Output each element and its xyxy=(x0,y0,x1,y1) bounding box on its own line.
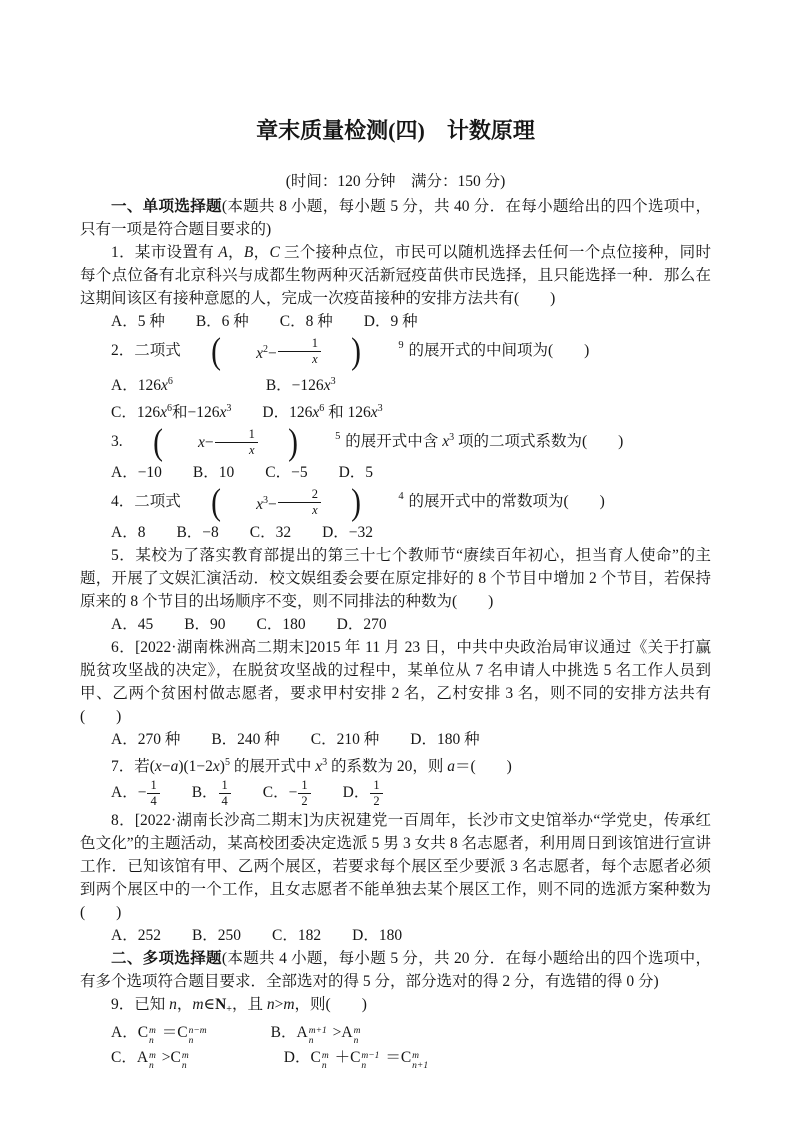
math-subsup: mn+1 xyxy=(412,1051,428,1072)
math-subsup: mn xyxy=(182,1051,189,1072)
text-run: C．− xyxy=(232,784,298,801)
math-subsup: mn xyxy=(149,1051,156,1072)
math-variable: x xyxy=(256,496,263,513)
text-run: ＝C xyxy=(381,1049,411,1066)
text-run: 的展开式中 xyxy=(230,758,315,775)
paren-exponent: 9 xyxy=(367,334,403,357)
math-variable: x xyxy=(155,758,162,775)
text-run: B．A xyxy=(209,1024,308,1041)
math-sequence: x3− xyxy=(225,489,277,516)
text-run: − xyxy=(205,434,214,451)
math-fraction: 12 xyxy=(370,778,382,809)
text-run: )(1−2 xyxy=(178,758,213,775)
math-subsup: mn xyxy=(149,1026,156,1047)
math-subsup: mn xyxy=(322,1051,329,1072)
text-run: 6．[2022·湖南株洲高二期末]2015 年 11 月 23 日，中共中央政治… xyxy=(80,639,711,725)
math-sequence: x− xyxy=(167,431,214,454)
text-run: >A xyxy=(329,1024,353,1041)
section-1-header: 一、单项选择题(本题共 8 小题，每小题 5 分，共 40 分．在每小题给出的四… xyxy=(80,195,711,241)
text-run: 的展开式中的常数项为( ) xyxy=(405,493,605,510)
options-7: A．−14 B．14 C．−12 D．12 xyxy=(80,778,711,809)
math-variable: n xyxy=(169,996,177,1013)
text-run: A．− xyxy=(111,784,146,801)
page-title: 章末质量检测(四) 计数原理 xyxy=(80,116,711,146)
text-run: − xyxy=(268,496,277,513)
text-run: A．45 B．90 C．180 D．270 xyxy=(111,616,387,633)
text-run: A．C xyxy=(111,1024,148,1041)
text-run: ，且 xyxy=(232,996,267,1013)
math-fraction: 1x xyxy=(278,336,321,367)
math-subsup: n−mn xyxy=(189,1026,207,1047)
text-run: 3. xyxy=(111,433,123,450)
text-run: ＋C xyxy=(331,1049,361,1066)
question-8: 8．[2022·湖南长沙高二期末]为庆祝建党一百周年，长沙市文史馆举办“学党史，… xyxy=(80,809,711,924)
big-paren-open: ( xyxy=(186,333,221,370)
math-subsup: m−1n xyxy=(361,1051,379,1072)
section-2-header: 二、多项选择题(本题共 4 小题，每小题 5 分，共 20 分．在每小题给出的四… xyxy=(80,947,711,993)
text-run: B．−126 xyxy=(173,377,324,394)
text-run: ， xyxy=(253,244,269,261)
text-run: ， xyxy=(228,244,244,261)
big-paren-close: ) xyxy=(263,424,298,461)
text-run: 8．[2022·湖南长沙高二期末]为庆祝建党一百周年，长沙市文史馆举办“学党史，… xyxy=(80,812,711,921)
math-variable: x xyxy=(161,377,168,394)
text-run: − xyxy=(268,345,277,362)
options-9-row-1: A．Cmn ＝Cn−mn B．Am+1n >Amn xyxy=(80,1021,711,1046)
text-run: 9．已知 xyxy=(111,996,169,1013)
question-3: 3.(x−1x)5 的展开式中含 x3 项的二项式系数为( ) xyxy=(80,424,711,461)
math-fraction: 12 xyxy=(298,778,310,809)
math-subsup: mn xyxy=(354,1026,361,1047)
text-run: C．126 xyxy=(111,404,160,421)
text-run: 和−126 xyxy=(172,404,220,421)
big-paren-open: ( xyxy=(186,484,221,521)
text-run: 7．若( xyxy=(111,758,155,775)
math-variable: x xyxy=(213,758,220,775)
options-4: A．8 B．−8 C．32 D．−32 xyxy=(80,521,711,544)
question-1: 1．某市设置有 A，B，C 三个接种点位，市民可以随机选择去任何一个点位接种，同… xyxy=(80,241,711,310)
math-subsup: m+1n xyxy=(309,1026,327,1047)
document-page: 章末质量检测(四) 计数原理 (时间：120 分钟 满分：150 分) 一、单项… xyxy=(0,0,793,1122)
text-run: D．126 xyxy=(231,404,312,421)
text-run: ， xyxy=(177,996,193,1013)
options-9-row-2: C．Amn >Cmn D．Cmn ＋Cm−1n ＝Cmn+1 xyxy=(80,1046,711,1071)
text-run: 2．二项式 xyxy=(111,342,181,359)
text-run: A．−10 B．10 C．−5 D．5 xyxy=(111,464,373,481)
math-variable: a xyxy=(447,758,455,775)
question-6: 6．[2022·湖南株洲高二期末]2015 年 11 月 23 日，中共中央政治… xyxy=(80,636,711,728)
text-run: A．8 B．−8 C．32 D．−32 xyxy=(111,524,373,541)
text-run: A．270 种 B．240 种 C．210 种 D．180 种 xyxy=(111,731,480,748)
paren-exponent: 5 xyxy=(304,425,340,448)
text-run: B． xyxy=(161,784,218,801)
bold-text-run: N xyxy=(215,996,226,1013)
math-variable: x xyxy=(256,345,263,362)
text-run: 项的二项式系数为( ) xyxy=(454,433,623,450)
text-run: C．A xyxy=(111,1049,148,1066)
text-run: 4．二项式 xyxy=(111,493,181,510)
superscript: 3 xyxy=(331,376,336,387)
text-run: 的系数为 20，则 xyxy=(327,758,447,775)
text-run: A．252 B．250 C．182 D．180 xyxy=(111,927,402,944)
document-body: 一、单项选择题(本题共 8 小题，每小题 5 分，共 40 分．在每小题给出的四… xyxy=(80,195,711,1072)
math-variable: x xyxy=(324,377,331,394)
text-run: − xyxy=(162,758,171,775)
math-expression: (x3−2x)4 xyxy=(182,484,404,521)
math-variable: x xyxy=(371,404,378,421)
big-paren-open: ( xyxy=(128,424,163,461)
big-paren-close: ) xyxy=(326,333,361,370)
options-3: A．−10 B．10 C．−5 D．5 xyxy=(80,461,711,484)
question-5: 5．某校为了落实教育部提出的第三十七个教师节“赓续百年初心，担当育人使命”的主题… xyxy=(80,544,711,613)
question-9: 9．已知 n，m∈N+，且 n>m，则( ) xyxy=(80,993,711,1021)
math-variable: n xyxy=(267,996,275,1013)
text-run: ＝C xyxy=(158,1024,188,1041)
math-variable: x xyxy=(160,404,167,421)
text-run: D． xyxy=(312,784,370,801)
bold-text-run: 一、单项选择题 xyxy=(111,198,222,215)
math-variable: B xyxy=(244,244,253,261)
math-variable: x xyxy=(198,434,205,451)
math-expression: (x2−1x)9 xyxy=(182,333,404,370)
text-run: 1．某市设置有 xyxy=(111,244,218,261)
superscript: 3 xyxy=(378,403,383,414)
text-run: >C xyxy=(158,1049,181,1066)
bold-text-run: 二、多项选择题 xyxy=(111,950,222,967)
paren-exponent: 4 xyxy=(367,485,403,508)
options-8: A．252 B．250 C．182 D．180 xyxy=(80,924,711,947)
big-paren-close: ) xyxy=(326,484,361,521)
text-run: A．5 种 B．6 种 C．8 种 D．9 种 xyxy=(111,313,418,330)
text-run: 5．某校为了落实教育部提出的第三十七个教师节“赓续百年初心，担当育人使命”的主题… xyxy=(80,547,711,610)
options-2-row-2: C．126x6和−126x3 D．126x6 和 126x3 xyxy=(80,397,711,424)
text-run: A．126 xyxy=(111,377,161,394)
question-2: 2．二项式(x2−1x)9 的展开式的中间项为( ) xyxy=(80,333,711,370)
math-sequence: x2− xyxy=(225,338,277,365)
math-fraction: 14 xyxy=(147,778,159,809)
text-run: 的展开式中含 xyxy=(341,433,442,450)
options-5: A．45 B．90 C．180 D．270 xyxy=(80,613,711,636)
math-fraction: 1x xyxy=(215,427,258,458)
text-run: ∈ xyxy=(204,996,215,1013)
math-fraction: 14 xyxy=(219,778,231,809)
question-7: 7．若(x−a)(1−2x)5 的展开式中 x3 的系数为 20，则 a＝( ) xyxy=(80,751,711,778)
options-6: A．270 种 B．240 种 C．210 种 D．180 种 xyxy=(80,728,711,751)
options-2-row-1: A．126x6 B．−126x3 xyxy=(80,370,711,397)
exam-info: (时间：120 分钟 满分：150 分) xyxy=(80,170,711,193)
math-fraction: 2x xyxy=(278,487,321,518)
math-expression: (x−1x)5 xyxy=(124,424,341,461)
text-run: 的展开式的中间项为( ) xyxy=(405,342,590,359)
text-run: 和 126 xyxy=(324,404,371,421)
text-run: ，则( ) xyxy=(295,996,367,1013)
math-variable: m xyxy=(192,996,203,1013)
math-variable: A xyxy=(218,244,227,261)
math-variable: m xyxy=(283,996,294,1013)
options-1: A．5 种 B．6 种 C．8 种 D．9 种 xyxy=(80,310,711,333)
text-run: D．C xyxy=(191,1049,321,1066)
math-variable: C xyxy=(269,244,279,261)
text-run: ＝( ) xyxy=(455,758,512,775)
question-4: 4．二项式(x3−2x)4 的展开式中的常数项为( ) xyxy=(80,484,711,521)
